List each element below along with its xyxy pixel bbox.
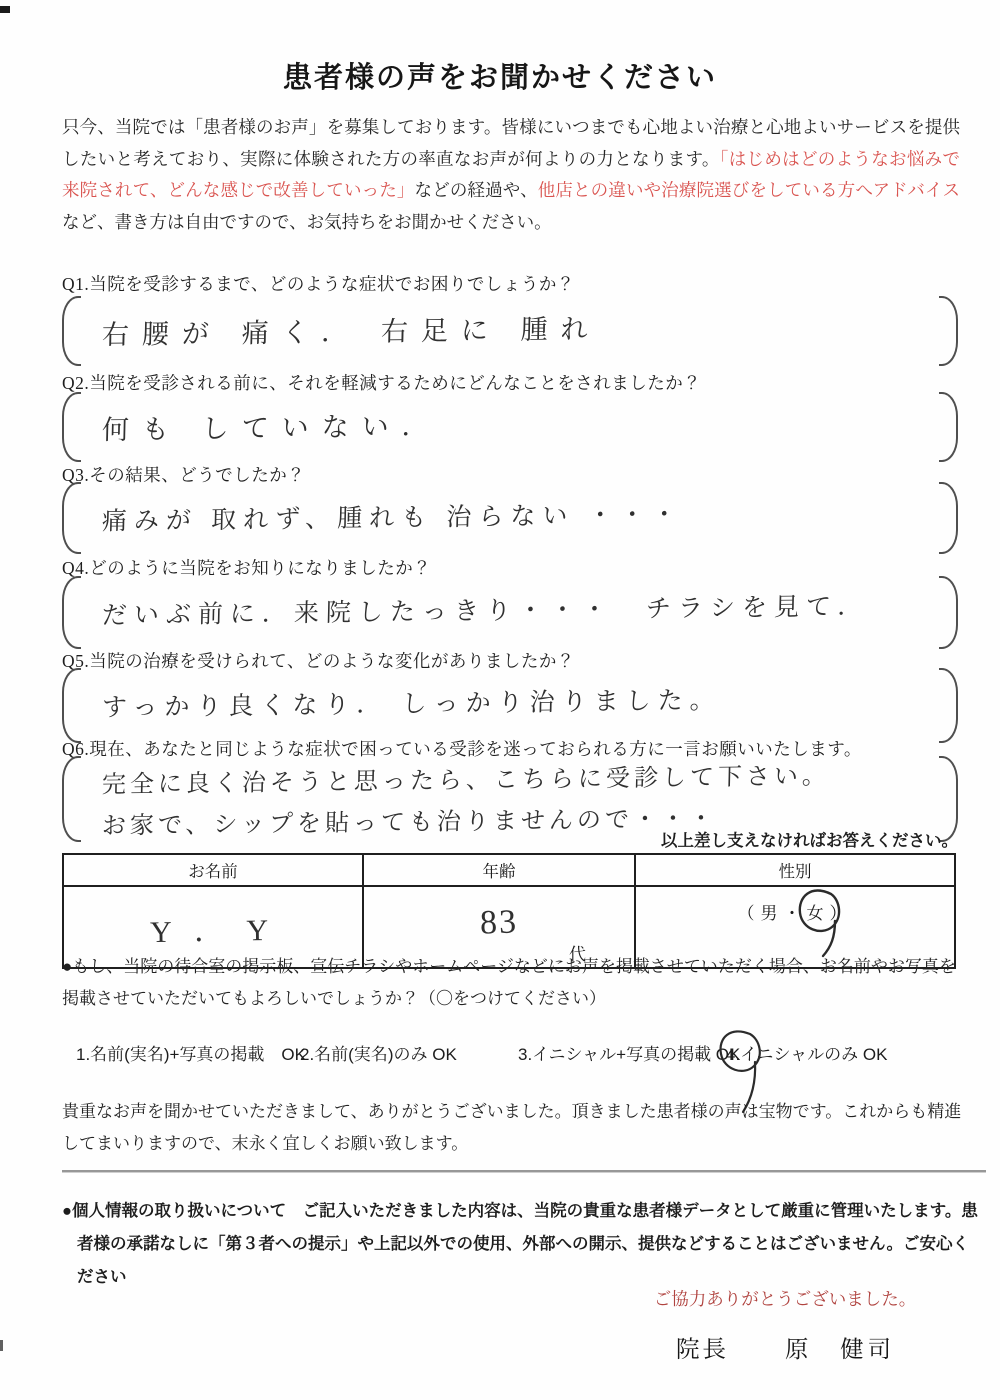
question-1-text: 当院を受診するまで、どのような症状でお困りでしょうか？ xyxy=(89,274,575,294)
bracket-left xyxy=(62,576,81,649)
question-4-label: Q4. xyxy=(62,558,89,578)
header-gender: 性別 xyxy=(636,855,954,885)
handwritten-age: 83 xyxy=(479,903,518,942)
thanks-paragraph: 貴重なお声を聞かせていただきまして、ありがとうございました。頂きました患者様の声… xyxy=(62,1096,964,1160)
handwritten-answer-2: 何も していない． xyxy=(102,404,443,447)
publication-consent-prompt: ●もし、当院の待合室の掲示板、宣伝チラシやホームページなどにお声を掲載させていた… xyxy=(62,951,964,1015)
gender-female-circled: 女 xyxy=(807,899,830,924)
answer-box-3: 痛みが 取れず、腫れも 治らない ・・・ xyxy=(62,482,958,554)
handwritten-answer-6-line1: 完全に良く治そうと思ったら、こちらに受診して下さい。 xyxy=(102,756,831,800)
intro-text-2: などの経過や、 xyxy=(415,180,538,200)
header-name: お名前 xyxy=(64,855,364,885)
bracket-left xyxy=(62,482,81,554)
answer-box-5: すっかり良くなり． しっかり治りました。 xyxy=(62,668,958,743)
gender-paren-open: （ xyxy=(738,904,761,923)
question-1-label: Q1. xyxy=(62,274,89,294)
gender-options: （男・女） xyxy=(636,899,954,924)
bracket-left xyxy=(62,392,81,462)
header-age: 年齢 xyxy=(364,855,636,885)
consent-option-2: 2.名前(実名)のみ OK xyxy=(300,1040,457,1065)
consent-option-1: 1.名前(実名)+写真の掲載 OK xyxy=(76,1040,306,1065)
bracket-left xyxy=(62,668,81,743)
answer-if-possible-note: 以上差し支えなければお答えください。 xyxy=(460,827,958,851)
bracket-right xyxy=(939,296,958,366)
signature-title: 院長 xyxy=(676,1336,729,1362)
director-signature: 院長原 健司 xyxy=(676,1330,895,1364)
consent-option-3: 3.イニシャル+写真の掲載 OK xyxy=(518,1040,740,1065)
handwritten-answer-5: すっかり良くなり． しっかり治りました。 xyxy=(102,680,723,724)
intro-paragraph: 只今、当院では「患者様のお声」を募集しております。皆様にいつまでも心地よい治療と… xyxy=(62,112,960,238)
bracket-right xyxy=(939,482,958,554)
handwritten-answer-4: だいぶ前に．来院したっきり・・・ チラシを見て． xyxy=(102,586,870,631)
bracket-right xyxy=(939,668,958,743)
intro-highlight-2: 他店との違いや治療院選びをしている方へアドバイス xyxy=(538,180,960,200)
scan-artifact-bottom xyxy=(0,1340,3,1351)
question-2-text: 当院を受診される前に、それを軽減するためにどんなことをされましたか？ xyxy=(89,373,701,393)
bracket-right xyxy=(939,576,958,649)
question-2-label: Q2. xyxy=(62,373,89,393)
page-title: 患者様の声をお聞かせください xyxy=(0,55,1000,96)
question-1: Q1.当院を受診するまで、どのような症状でお困りでしょうか？ xyxy=(62,271,962,296)
signature-name: 原 健司 xyxy=(785,1336,895,1362)
bracket-left xyxy=(62,756,81,842)
intro-text-3: など、書き方は自由ですので、お気持ちをお聞かせください。 xyxy=(62,212,552,232)
privacy-notice: ●個人情報の取り扱いについて ご記入いただきました内容は、当院の貴重な患者様デー… xyxy=(62,1195,979,1294)
scan-artifact-top xyxy=(0,6,10,13)
bracket-left xyxy=(62,296,81,366)
consent-option-4-wrap: 4.イニシャルのみ OK xyxy=(726,1040,887,1065)
answer-box-1: 右腰が 痛く． 右足に 腫れ xyxy=(62,296,958,366)
section-divider xyxy=(62,1170,986,1173)
consent-option-4-selected: 4.イニシャルのみ OK xyxy=(726,1040,887,1065)
answer-box-4: だいぶ前に．来院したっきり・・・ チラシを見て． xyxy=(62,576,958,649)
answer-box-2: 何も していない． xyxy=(62,392,958,462)
bracket-right xyxy=(939,392,958,462)
handwritten-answer-1: 右腰が 痛く． 右足に 腫れ xyxy=(102,307,602,352)
hand-circle-female xyxy=(793,887,847,959)
closing-message: ご協力ありがとうございました。 xyxy=(630,1286,940,1311)
table-header-row: お名前 年齢 性別 xyxy=(64,855,954,887)
question-4-text: どのように当院をお知りになりましたか？ xyxy=(89,558,431,578)
handwritten-answer-3: 痛みが 取れず、腫れも 治らない ・・・ xyxy=(102,494,685,537)
handwritten-name: Y ． Y xyxy=(150,905,277,951)
gender-male: 男 xyxy=(761,904,784,923)
